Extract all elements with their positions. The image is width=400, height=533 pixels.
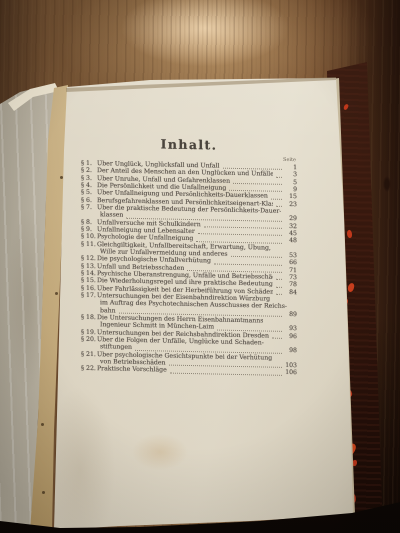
photo-vignette: [0, 0, 400, 533]
book-photo: Inhalt. Seite § 1.Über Unglück, Unglücks…: [0, 0, 400, 533]
